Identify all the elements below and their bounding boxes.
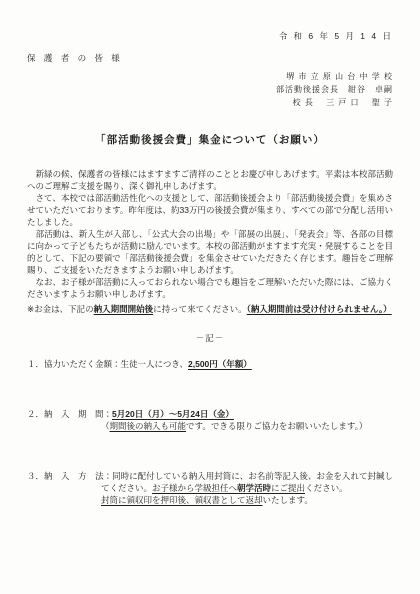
text-segment: お子様から学級担任へ (152, 483, 237, 493)
item-continuation-line: （期間後の納入も可能です。できる限りご協力をお願いいたします。） (27, 420, 393, 432)
text-segment: 5月20日（月）～5月24日（金） (112, 409, 234, 419)
document-date: 令 和 6 年 5 月 1 4 日 (27, 30, 393, 42)
sender-school: 堺 市 立 原 山 台 中 学 校 (27, 70, 393, 83)
body-paragraphs: 新緑の候、保護者の皆様にはますますご清祥のこととお慶び申しあげます。平素は本校部… (27, 168, 393, 300)
item-line: ３．納 入 方 法：同時に配付している納入用封筒に、お名前等記入後、お金を入れて… (27, 470, 393, 494)
text-segment: 納入期間開始後 (94, 304, 154, 314)
text-segment: 期間後の納入も可能 (110, 421, 187, 431)
text-segment: １．協力いただく金額：生徒一人につき、 (27, 359, 188, 369)
paragraph: 新緑の候、保護者の皆様にはますますご清祥のこととお慶び申しあげます。平素は本校部… (27, 168, 393, 192)
text-segment: 朝学活時 (237, 483, 271, 493)
sender-principal: 校 長 三 戸 口 聖 子 (27, 96, 393, 109)
sender-chair: 部活動後援会長 紺谷 卓嗣 (27, 83, 393, 96)
text-segment: （納入期間前は受け付けられません。） (247, 304, 392, 314)
text-segment: ※お金は、下記の (27, 304, 94, 314)
paragraph: さて、本校では部活動活性化への支援として、部活動後援会より「部活動後援会費」を集… (27, 192, 393, 228)
document-title: 「部活動後援会費」集金について（お願い） (27, 134, 393, 146)
recipient-line: 保 護 者 の 皆 様 (27, 52, 393, 64)
list-item: １．協力いただく金額：生徒一人につき、2,500円（年額） (27, 358, 393, 370)
paragraph: 部活動は、新入生が入部し、「公式大会の出場」や「部展の出展」、「発表会」等、各部… (27, 228, 393, 276)
item-line: ２．納 入 期 間：5月20日（月）～5月24日（金） (27, 408, 393, 420)
note-line: ※お金は、下記の納入期間開始後に持って来てください。（納入期間前は受け付けられま… (27, 303, 393, 315)
text-segment: （ (101, 421, 110, 431)
ki-marker: －記－ (27, 332, 393, 344)
item-continuation-line: 封筒に領収印を押印後、領収書として返却いたします。 (27, 494, 393, 506)
list-item: ３．納 入 方 法：同時に配付している納入用封筒に、お名前等記入後、お金を入れて… (27, 470, 393, 506)
sender-block: 堺 市 立 原 山 台 中 学 校 部活動後援会長 紺谷 卓嗣 校 長 三 戸 … (27, 70, 393, 109)
list-item: ２．納 入 期 間：5月20日（月）～5月24日（金）（期間後の納入も可能です。… (27, 408, 393, 432)
paragraph: なお、お子様が部活動に入っておられない場合でも趣旨をご理解いただいた際には、ご協… (27, 276, 393, 300)
document-page: 令 和 6 年 5 月 1 4 日 保 護 者 の 皆 様 堺 市 立 原 山 … (0, 0, 420, 594)
items-section: １．協力いただく金額：生徒一人につき、2,500円（年額）２．納 入 期 間：5… (27, 358, 393, 506)
item-line: １．協力いただく金額：生徒一人につき、2,500円（年額） (27, 358, 393, 370)
text-segment: に持って来てください。 (153, 304, 247, 314)
text-segment: 2,500円（年額） (188, 359, 252, 369)
text-segment: です。できる限りご協力をお願いいたします。） (186, 421, 367, 431)
text-segment: 封筒に領収印を押印後、領収書として返却 (101, 495, 263, 505)
text-segment: ください。 (305, 483, 348, 493)
text-segment: ２．納 入 期 間： (27, 409, 112, 419)
text-segment: にご提出 (271, 483, 305, 493)
text-segment: いたします。 (263, 495, 313, 505)
